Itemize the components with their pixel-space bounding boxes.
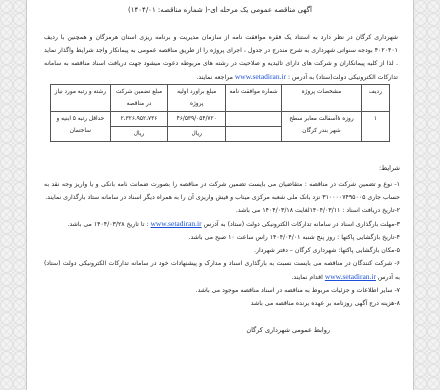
table-header-row: ردیف مشخصات پروژه شماره موافقت نامه مبلغ… — [51, 85, 390, 112]
cell-project: روزه ۀآسفالت معابر سطح شهر بندر کرگان — [281, 112, 361, 142]
cell-estimate: ۴۶/۵۳۹/۰۵۴/۷۲۰ — [168, 112, 226, 127]
setadiran-link[interactable]: www.setadiran.ir — [325, 272, 376, 281]
cell-estimate-unit: ریال — [168, 127, 226, 142]
condition-item: ۸-هزینه درج آگهی روزنامه بر عهده برنده م… — [44, 297, 400, 310]
intro-paragraph: شهرداری کرگان در نظر دارد به استناد یک ف… — [44, 31, 398, 84]
col-header: رشته و رتبه مورد نیاز — [51, 85, 111, 112]
col-header: ردیف — [361, 85, 389, 112]
condition-item: ۵-مکان بازگشایی پاکتها: شهرداری کرگان – … — [44, 244, 400, 257]
project-table: ردیف مشخصات پروژه شماره موافقت نامه مبلغ… — [50, 84, 390, 142]
condition-text: ۲-تاریخ دریافت اسناد : ۱۴۰۴/۰۳/۱۱لغایت ۱… — [236, 207, 400, 214]
condition-text: ۴-تاریخ بازگشایی پاکتها : روز پنج شنبه ۱… — [189, 234, 400, 241]
condition-item: ۱- نوع و تضمین شرکت در مناقصه : متقاضیان… — [44, 178, 400, 204]
condition-item: ۴-تاریخ بازگشایی پاکتها : روز پنج شنبه ۱… — [44, 231, 400, 244]
conditions-label: شرایط: — [30, 164, 400, 172]
condition-item: ۷- سایر اطلاعات و جزئیات مربوط به مناقصه… — [44, 284, 400, 297]
intro-suffix: مراجعه نمایند. — [196, 74, 233, 81]
decorative-border-right — [413, 0, 440, 390]
condition-text: ۷- سایر اطلاعات و جزئیات مربوط به مناقصه… — [196, 287, 400, 294]
conditions-list: ۱- نوع و تضمین شرکت در مناقصه : متقاضیان… — [44, 178, 400, 310]
cell-agreement-no — [226, 112, 282, 127]
condition-suffix: : تا تاریخ ۱۴۰۴/۰۳/۲۸ می باشد. — [67, 221, 148, 228]
condition-text: ۱- نوع و تضمین شرکت در مناقصه : متقاضیان… — [44, 181, 400, 201]
cell-guarantee-unit: ریال — [110, 127, 168, 142]
condition-item: ۳-مهلت بارگذاری اسناد در سامانه تدارکات … — [44, 217, 400, 231]
condition-text: ۸-هزینه درج آگهی روزنامه بر عهده برنده م… — [251, 300, 400, 307]
cell-guarantee: ۲،۳۲۶،۹۵۲،۷۳۶ — [110, 112, 168, 127]
col-header: مبلغ براورد اولیه پروژه — [168, 85, 226, 112]
setadiran-link[interactable]: www.setadiran.ir — [235, 72, 286, 81]
condition-item: ۶- شرکت کنندگان در مناقصه می بایست نسبت … — [44, 257, 400, 284]
decorative-border-left — [0, 0, 27, 390]
condition-item: ۲-تاریخ دریافت اسناد : ۱۴۰۴/۰۳/۱۱لغایت ۱… — [44, 204, 400, 217]
condition-suffix: اقدام نمایند. — [291, 274, 322, 281]
col-header: مشخصات پروژه — [281, 85, 361, 112]
condition-text: ۳-مهلت بارگذاری اسناد در سامانه تدارکات … — [202, 221, 400, 228]
cell-row-no: ۱ — [361, 112, 389, 142]
cell-grade: حداقل رتبه ۵ ابنیه و ساختمان — [51, 112, 111, 142]
col-header: شماره موافقت نامه — [226, 85, 282, 112]
footer-signature: روابط عمومی شهرداری کرگان — [30, 326, 330, 334]
condition-text: ۵-مکان بازگشایی پاکتها: شهرداری کرگان – … — [254, 247, 400, 254]
setadiran-link[interactable]: www.setadiran.ir — [150, 219, 201, 228]
tender-document: آگهی مناقصه عمومی یک مرحله ای-( شماره من… — [30, 0, 410, 390]
col-header: مبلغ تضمین شرکت در مناقصه — [110, 85, 168, 112]
document-title: آگهی مناقصه عمومی یک مرحله ای-( شماره من… — [30, 6, 410, 14]
table-row: ۱ روزه ۀآسفالت معابر سطح شهر بندر کرگان … — [51, 112, 390, 127]
cell-agreement-no-empty — [226, 127, 282, 142]
